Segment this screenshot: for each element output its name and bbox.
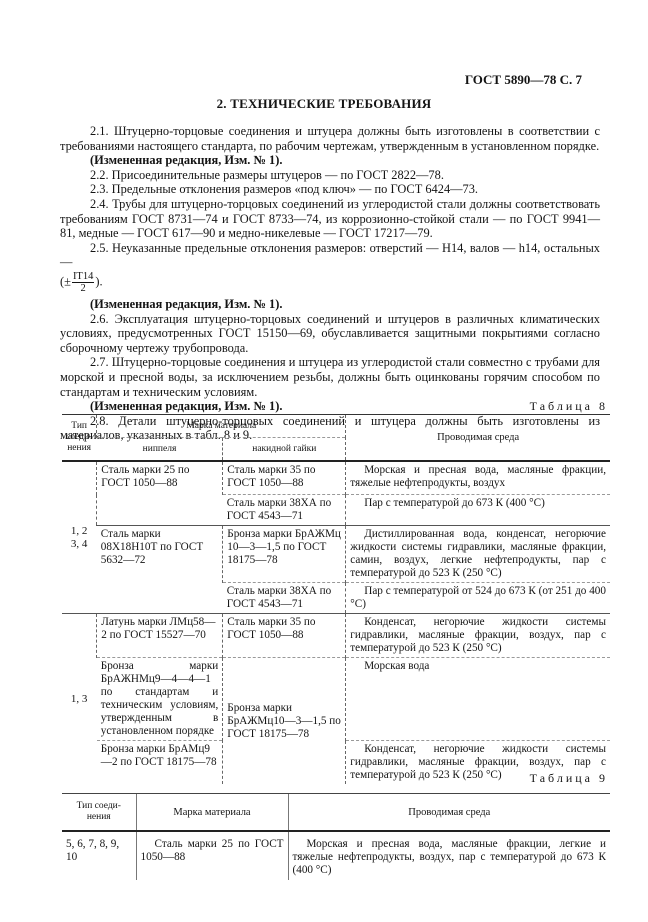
table-9-caption: Таблица 9	[530, 771, 608, 786]
header-medium: Проводимая среда	[288, 794, 610, 832]
medium: Пар с температурой от 524 до 673 К (от 2…	[346, 583, 610, 614]
nipple-material: Сталь марки 25 по ГОСТ 1050—88	[97, 461, 223, 526]
nut-material: Сталь марки 35 по ГОСТ 1050—88	[223, 614, 346, 658]
table-row: Бронза марки БрАЖНМц9—4—4—1 по стандарта…	[62, 658, 610, 741]
table-9: Тип соеди-нения Марка материала Проводим…	[62, 793, 610, 880]
connection-type: 1, 2 3, 4	[62, 461, 97, 614]
nut-material: Бронза марки БрАЖМц 10—3—1,5 по ГОСТ 181…	[223, 526, 346, 583]
nut-material: Сталь марки 38ХА по ГОСТ 4543—71	[223, 495, 346, 526]
table-row: 1, 2 3, 4 Сталь марки 25 по ГОСТ 1050—88…	[62, 461, 610, 495]
fraction: IT142	[72, 271, 94, 294]
header-material: Марка материала	[136, 794, 288, 832]
medium: Морская и пресная вода, масляные фракции…	[346, 461, 610, 495]
formula-open: (±	[60, 274, 71, 288]
header-connection-type: Тип соеди-нения	[62, 794, 136, 832]
nut-material: Бронза марки БрАЖМц10—3—1,5 по ГОСТ 1817…	[223, 658, 346, 785]
header-nut: накидной гайки	[223, 438, 346, 462]
revision-note: (Измененная редакция, Изм. № 1).	[60, 297, 600, 312]
paragraph-2-3: 2.3. Предельные отклонения размеров «под…	[60, 182, 600, 197]
page-reference: ГОСТ 5890—78 С. 7	[465, 72, 582, 88]
section-body: 2.1. Штуцерно-торцовые соединения и штуц…	[60, 124, 600, 443]
header-nipple: ниппеля	[97, 438, 223, 462]
medium: Конденсат, негорючие жидкости системы ги…	[346, 614, 610, 658]
table-8-caption: Таблица 8	[530, 399, 608, 414]
table-row: 1, 3 Латунь марки ЛМц58—2 по ГОСТ 15527—…	[62, 614, 610, 658]
tolerance-formula: (±IT142).	[60, 271, 600, 294]
material: Сталь марки 25 по ГОСТ 1050—88	[136, 831, 288, 880]
connection-type: 5, 6, 7, 8, 9, 10	[62, 831, 136, 880]
paragraph-2-2: 2.2. Присоединительные размеры штуцеров …	[60, 168, 600, 183]
fraction-numerator: IT14	[72, 271, 94, 283]
nipple-material: Латунь марки ЛМц58—2 по ГОСТ 15527—70	[97, 614, 223, 658]
table-row: 5, 6, 7, 8, 9, 10 Сталь марки 25 по ГОСТ…	[62, 831, 610, 880]
medium: Морская вода	[346, 658, 610, 741]
revision-note: (Измененная редакция, Изм. № 1).	[60, 399, 600, 414]
formula-close: ).	[95, 274, 102, 288]
medium: Дистиллированная вода, конденсат, негорю…	[346, 526, 610, 583]
paragraph-2-7: 2.7. Штуцерно-торцовые соединения и штуц…	[60, 355, 600, 399]
header-medium: Проводимая среда	[346, 415, 610, 462]
paragraph-2-4: 2.4. Трубы для штуцерно-торцовых соедине…	[60, 197, 600, 241]
medium: Пар с температурой до 673 К (400 °С)	[346, 495, 610, 526]
paragraph-2-1: 2.1. Штуцерно-торцовые соединения и штуц…	[60, 124, 600, 153]
nut-material: Сталь марки 38ХА по ГОСТ 4543—71	[223, 583, 346, 614]
revision-note: (Измененная редакция, Изм. № 1).	[60, 153, 600, 168]
table-8: Тип соеди-нения Марка материала Проводим…	[62, 414, 610, 784]
medium: Морская и пресная вода, масляные фракции…	[288, 831, 610, 880]
header-material: Марка материала	[97, 415, 346, 438]
section-title: 2. ТЕХНИЧЕСКИЕ ТРЕБОВАНИЯ	[0, 96, 648, 112]
header-connection-type: Тип соеди-нения	[62, 415, 97, 462]
paragraph-2-6: 2.6. Эксплуатация штуцерно-торцовых соед…	[60, 312, 600, 356]
nipple-material: Сталь марки 08Х18Н10Т по ГОСТ 5632—72	[97, 526, 223, 614]
paragraph-2-5: 2.5. Неуказанные предельные отклонения р…	[60, 241, 600, 270]
table-row: Сталь марки 08Х18Н10Т по ГОСТ 5632—72 Бр…	[62, 526, 610, 583]
nut-material: Сталь марки 35 по ГОСТ 1050—88	[223, 461, 346, 495]
connection-type: 1, 3	[62, 614, 97, 785]
fraction-denominator: 2	[72, 283, 94, 294]
nipple-material: Бронза марки БрАЖНМц9—4—4—1 по стандарта…	[97, 658, 223, 741]
nipple-material: Бронза марки БрАМц9—2 по ГОСТ 18175—78	[97, 741, 223, 785]
